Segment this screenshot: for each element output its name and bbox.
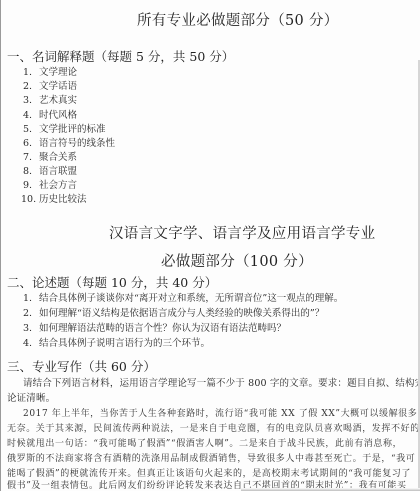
list-item: 3.如何理解语法范畴的语言个性？你认为汉语有语法范畴吗？ (23, 320, 286, 334)
material-line: 俄罗斯的不法商家将含有酒精的洗涤用品制成假酒销售，导致很多人中毒甚至死亡。于是，… (7, 451, 415, 464)
list-item: 4.时代风格 (23, 107, 77, 121)
section3-heading: 三、专业写作（共 60 分） (7, 357, 156, 375)
list-item: 9.社会方言 (23, 177, 77, 191)
section2-heading: 二、论述题（每题 10 分，共 40 分） (7, 273, 217, 291)
instruction-line: 请结合下列语言材料，运用语言学理论写一篇不少于 800 字的文章。要求：题目自拟… (23, 375, 420, 389)
material-line: 无奈。关于其来源，民间流传两种说法，一是来自于电竞圈，有的电竞队员喜欢喝酒，发挥… (7, 421, 420, 434)
list-item: 6.语言符号的线条性 (23, 135, 115, 149)
exam-page: 所有专业必做题部分（50 分） 一、名词解释题（每题 5 分，共 50 分） 1… (0, 0, 420, 491)
list-item: 1.结合具体例子谈谈你对“离开对立和系统，无所谓音位”这一观点的理解。 (23, 290, 343, 304)
list-item: 3.艺术真实 (23, 92, 77, 106)
material-line: 2017 年上半年，当你苦于人生各种套路时，流行语“我可能 XX 了假 XX”大… (23, 406, 417, 419)
part2-title-line2: 必做题部分（100 分） (161, 250, 313, 271)
part1-title: 所有专业必做题部分（50 分） (137, 9, 339, 30)
material-line: 时候就甩出一句话：“我可能喝了假酒”“假酒害人啊”。二是来自于战斗民族，此前有消… (7, 436, 402, 449)
list-item: 5.文学批评的标准 (23, 121, 106, 135)
list-item: 8.语言联盟 (23, 163, 77, 177)
list-item: 1.文学理论 (23, 64, 77, 78)
list-item: 2.文学话语 (23, 78, 77, 92)
list-item: 4.结合具体例子说明言语行为的三个环节。 (23, 335, 210, 349)
instruction-line: 论证清晰。 (7, 390, 55, 404)
list-item: 2.如何理解“语义结构是依据语言成分与人类经验的映像关系得出的”？ (23, 305, 324, 319)
part2-title-line1: 汉语言文字学、语言学及应用语言学专业 (109, 222, 375, 243)
list-item: 7.聚合关系 (23, 149, 77, 163)
section1-heading: 一、名词解释题（每题 5 分，共 50 分） (7, 47, 234, 65)
list-item: 10.历史比较法 (21, 191, 87, 205)
